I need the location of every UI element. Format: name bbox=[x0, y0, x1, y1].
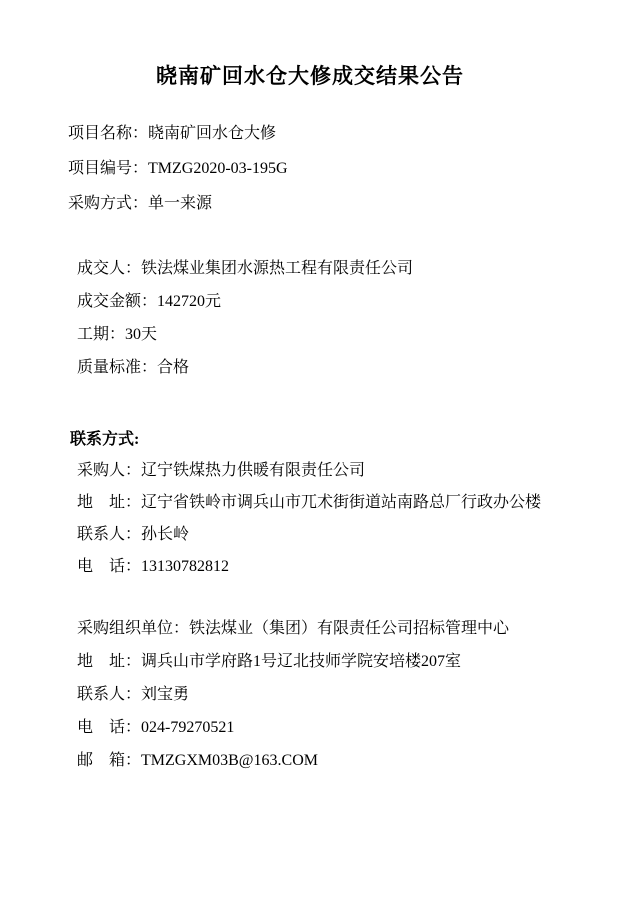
field-label: 工期： bbox=[77, 326, 125, 343]
field-value: 辽宁省铁岭市调兵山市兀术街街道站南路总厂行政办公楼 bbox=[141, 494, 541, 511]
purchaser-contact-section: 采购人：辽宁铁煤热力供暖有限责任公司 地 址：辽宁省铁岭市调兵山市兀术街街道站南… bbox=[77, 461, 541, 589]
field-value: 024-79270521 bbox=[141, 719, 234, 736]
line-organizer-contact: 联系人：刘宝勇 bbox=[77, 685, 509, 705]
line-organizer-email: 邮 箱：TMZGXM03B@163.COM bbox=[77, 751, 509, 771]
field-value: 孙长岭 bbox=[141, 526, 189, 543]
field-value: 刘宝勇 bbox=[141, 686, 189, 703]
line-organizer-address: 地 址：调兵山市学府路1号辽北技师学院安培楼207室 bbox=[77, 652, 509, 672]
field-label: 地 址： bbox=[77, 653, 141, 670]
line-organizer: 采购组织单位：铁法煤业（集团）有限责任公司招标管理中心 bbox=[77, 619, 509, 639]
document-page: 晓南矿回水仓大修成交结果公告 项目名称：晓南矿回水仓大修 项目编号：TMZG20… bbox=[0, 0, 643, 915]
field-label: 邮 箱： bbox=[77, 752, 141, 769]
field-value: 13130782812 bbox=[141, 558, 229, 575]
line-award-amount: 成交金额：142720元 bbox=[77, 292, 413, 312]
field-value: 合格 bbox=[157, 359, 189, 376]
page-title: 晓南矿回水仓大修成交结果公告 bbox=[0, 62, 620, 90]
field-value: 单一来源 bbox=[148, 195, 212, 212]
field-value: TMZGXM03B@163.COM bbox=[141, 752, 318, 769]
field-label: 采购人： bbox=[77, 462, 141, 479]
line-organizer-phone: 电 话：024-79270521 bbox=[77, 718, 509, 738]
line-project-name: 项目名称：晓南矿回水仓大修 bbox=[68, 124, 288, 144]
field-value: 30天 bbox=[125, 326, 157, 343]
line-purchaser: 采购人：辽宁铁煤热力供暖有限责任公司 bbox=[77, 461, 541, 481]
field-label: 质量标准： bbox=[77, 359, 157, 376]
field-value: TMZG2020-03-195G bbox=[148, 160, 288, 177]
field-label: 成交人： bbox=[77, 260, 141, 277]
line-purchaser-contact: 联系人：孙长岭 bbox=[77, 525, 541, 545]
field-label: 联系人： bbox=[77, 686, 141, 703]
line-purchaser-address: 地 址：辽宁省铁岭市调兵山市兀术街街道站南路总厂行政办公楼 bbox=[77, 493, 541, 513]
project-info-section: 项目名称：晓南矿回水仓大修 项目编号：TMZG2020-03-195G 采购方式… bbox=[68, 124, 288, 229]
field-value: 铁法煤业集团水源热工程有限责任公司 bbox=[141, 260, 413, 277]
organizer-contact-section: 采购组织单位：铁法煤业（集团）有限责任公司招标管理中心 地 址：调兵山市学府路1… bbox=[77, 619, 509, 784]
award-info-section: 成交人：铁法煤业集团水源热工程有限责任公司 成交金额：142720元 工期：30… bbox=[77, 259, 413, 391]
field-label: 采购方式： bbox=[68, 195, 148, 212]
line-procurement-method: 采购方式：单一来源 bbox=[68, 194, 288, 214]
field-value: 调兵山市学府路1号辽北技师学院安培楼207室 bbox=[141, 653, 461, 670]
line-winner: 成交人：铁法煤业集团水源热工程有限责任公司 bbox=[77, 259, 413, 279]
field-label: 成交金额： bbox=[77, 293, 157, 310]
field-label: 项目编号： bbox=[68, 160, 148, 177]
line-purchaser-phone: 电 话：13130782812 bbox=[77, 557, 541, 577]
line-duration: 工期：30天 bbox=[77, 325, 413, 345]
field-label: 联系人： bbox=[77, 526, 141, 543]
field-value: 142720元 bbox=[157, 293, 221, 310]
line-quality-standard: 质量标准：合格 bbox=[77, 358, 413, 378]
field-value: 晓南矿回水仓大修 bbox=[148, 125, 276, 142]
field-value: 辽宁铁煤热力供暖有限责任公司 bbox=[141, 462, 365, 479]
field-label: 电 话： bbox=[77, 558, 141, 575]
line-project-number: 项目编号：TMZG2020-03-195G bbox=[68, 159, 288, 179]
field-label: 项目名称： bbox=[68, 125, 148, 142]
field-label: 电 话： bbox=[77, 719, 141, 736]
field-label: 地 址： bbox=[77, 494, 141, 511]
field-value: 铁法煤业（集团）有限责任公司招标管理中心 bbox=[189, 620, 509, 637]
field-label: 采购组织单位： bbox=[77, 620, 189, 637]
contact-section-heading: 联系方式: bbox=[70, 430, 139, 450]
